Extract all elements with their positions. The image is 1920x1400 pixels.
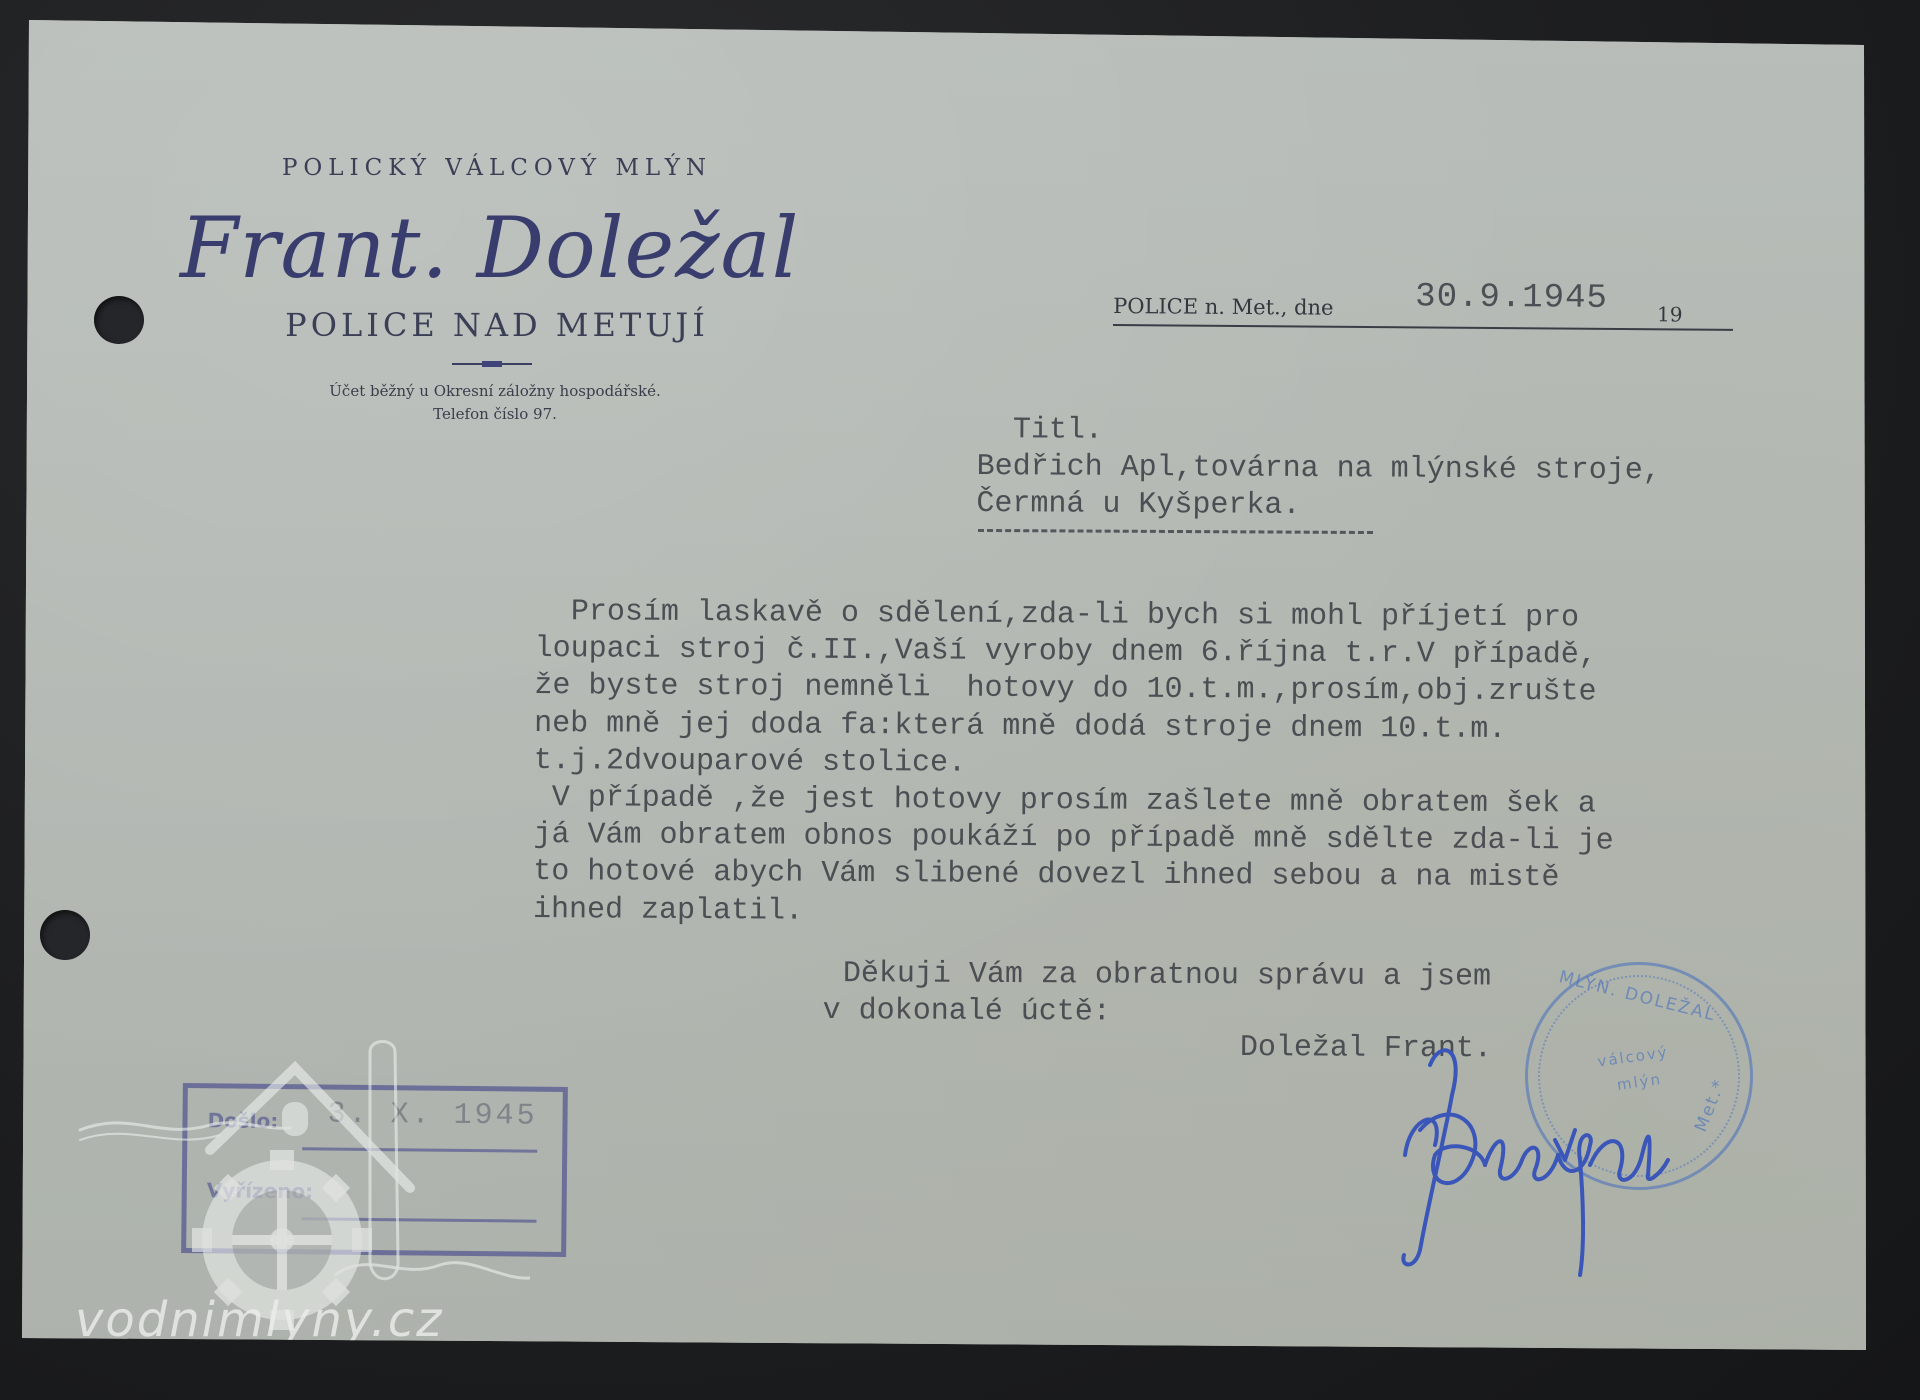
place-label: POLICE n. Met., dne (1113, 294, 1334, 320)
address-line: Bedřich Apl,továrna na mlýnské stroje, (977, 449, 1661, 490)
letter-body: Prosím laskavě o sdělení,zda-li bych si … (533, 594, 1615, 935)
address-line: Titl. (977, 412, 1661, 453)
punch-hole-bottom (40, 910, 90, 960)
body-line: to hotové abych Vám slibené dovezl ihned… (533, 854, 1613, 898)
letterhead-divider-ornament (482, 361, 502, 367)
body-line: neb mně jej doda fa:která mně dodá stroj… (534, 706, 1614, 750)
letter-closing: Děkuji Vám za obratnou správu a jsemv do… (823, 956, 1491, 1033)
handwritten-signature-icon (1390, 1035, 1680, 1285)
typed-date: 30.9.1945 (1415, 278, 1608, 318)
closing-line: v dokonalé úctě: (823, 993, 1491, 1033)
stamp-side-text: Met.* (1691, 1076, 1730, 1135)
body-line: ihned zaplatil. (533, 892, 1613, 936)
address-dashed-underline (978, 529, 1373, 534)
letterhead-account-note: Účet běžný u Okresní záložny hospodářské… (270, 382, 720, 400)
recipient-address: Titl.Bedřich Apl,továrna na mlýnské stro… (976, 412, 1661, 527)
letterhead-city: POLICE NAD METUJÍ (232, 306, 762, 344)
century-prefix: 19 (1657, 302, 1683, 326)
letter-paper: POLICKÝ VÁLCOVÝ MLÝN Frant. Doležal POLI… (0, 0, 1920, 1400)
letterhead-owner-name: Frant. Doležal (180, 198, 820, 298)
body-line: že byste stroj nemněli hotovy do 10.t.m.… (534, 668, 1614, 712)
watermark-text: vodnimlyny.cz (75, 1292, 443, 1348)
letterhead-telephone: Telefon číslo 97. (370, 405, 620, 423)
closing-line: Děkuji Vám za obratnou správu a jsem (823, 956, 1491, 996)
date-line: POLICE n. Met., dne 30.9.1945 19 (1113, 278, 1733, 331)
letterhead-company-line: POLICKÝ VÁLCOVÝ MLÝN (232, 155, 762, 181)
address-line: Čermná u Kyšperka. (976, 486, 1660, 527)
stamp-outer-text: MLÝN. DOLEŽAL (1557, 967, 1718, 1025)
punch-hole-top (94, 296, 144, 344)
